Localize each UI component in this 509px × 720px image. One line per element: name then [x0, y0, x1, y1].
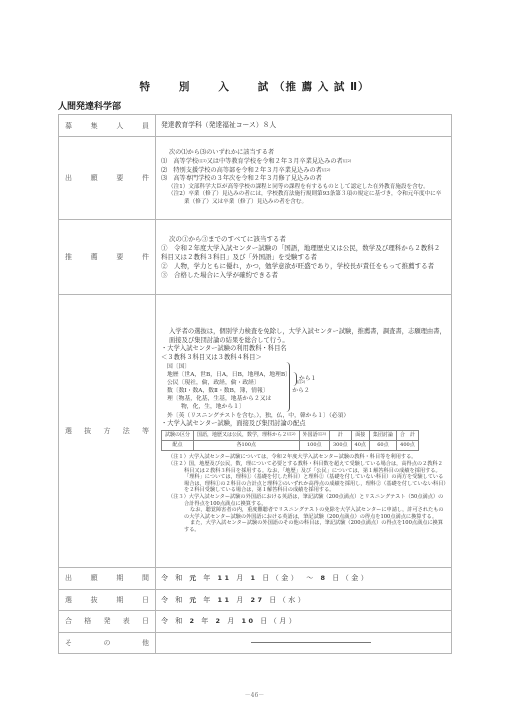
score-header: 計 — [329, 431, 351, 441]
score-header-text: 外国語 — [303, 432, 318, 438]
eligibility-intro: 次の⑴から⑶のいずれかに該当する者 — [161, 149, 446, 158]
item-number: ⑵ — [161, 167, 167, 174]
admission-table: 募 集 人 員 発達教育学科（発達福祉コース）８人 出 願 要 件 次の⑴から⑶… — [58, 114, 452, 654]
label-char: 選 — [65, 426, 72, 436]
selection-note-3b: なお，聴覚障害者の内，重度難聴者でリスニングテストの免除を大学入試センターに申請… — [161, 507, 446, 520]
eligibility-note-2: （注2）卒業（修了）見込みの者には，学校教育法施行規則第93条第３項の規定に基づ… — [161, 191, 446, 206]
label-char: 抜 — [84, 426, 91, 436]
label-char: 件 — [142, 252, 149, 262]
label-char: 合 — [65, 616, 72, 626]
row-recommendation: 推 薦 要 件 次の①から③までのすべてに該当する者 ① 令和２年度大学入試セン… — [59, 220, 452, 295]
title-char: 特 — [139, 79, 151, 94]
label-char: 等 — [142, 426, 149, 436]
label-other: そ の 他 — [59, 632, 156, 654]
score-header-text: 国語，地歴又は公民，数学，理科から２ — [197, 432, 287, 438]
footnote-mark: (注3) — [318, 432, 326, 436]
score-header: 国語，地歴又は公民，数学，理科から２(注2) — [194, 431, 299, 441]
row-eligibility: 出 願 要 件 次の⑴から⑶のいずれかに該当する者 ⑴ 高等学校(注1)又は中等… — [59, 137, 452, 220]
footnote-mark: (注2) — [287, 432, 295, 436]
label-announcement: 合 格 発 表 日 — [59, 611, 156, 633]
recommendation-item: ② 人物，学力ともに優れ，かつ，勉学意欲が旺盛であり，学校長が責任をもって推薦す… — [161, 262, 446, 271]
era: 令 和 — [161, 574, 185, 582]
subjects-group: 国〔国〕 地歴〔世A，世B，日A，日B，地理A，地理B〕 公民〔現社，倫，政経，… — [167, 362, 446, 412]
footnote-mark: (注1) — [198, 159, 206, 163]
selection-note-3: （注３）大学入試センター試験の外国語における英語は，筆記試験（200点満点）とリ… — [161, 494, 446, 507]
month: 11 — [217, 574, 231, 582]
item-number: ⑴ — [161, 158, 167, 165]
subject-kokugo: 国〔国〕 — [167, 363, 316, 371]
unit: 月 — [236, 574, 246, 582]
department-heading: 人間発達科学部 — [58, 99, 121, 112]
label-char: 日 — [142, 595, 149, 605]
score-header: 試験の区分 — [162, 431, 194, 441]
recommendation-item: ① 令和２年度大学入試センター試験の「国語，地理歴史又は公民，数学及び理科から２… — [161, 244, 446, 262]
subject-rika: 理〔物基，化基，生基，地基から２又は — [167, 395, 316, 403]
day: 1 — [250, 574, 257, 582]
eligibility-item: ⑴ 高等学校(注1)又は中等教育学校を令和２年３月卒業見込みの者(注2) — [161, 158, 446, 167]
row-exam-date: 選 抜 期 日 令 和 元 年 11 月 27 日（水） — [59, 589, 452, 611]
page-title: 特 別 入 試 （推 薦 入 試 Ⅱ） — [0, 79, 509, 94]
label-exam-date: 選 抜 期 日 — [59, 589, 156, 611]
exam-date-value: 令 和 元 年 11 月 27 日（水） — [156, 589, 452, 611]
empty-dash-line — [251, 642, 371, 643]
score-header: 集団討論 — [369, 431, 396, 441]
label-char: 期 — [116, 595, 123, 605]
score-value: 40点 — [351, 441, 369, 451]
era: 令 和 — [161, 617, 185, 625]
score-value: 300点 — [329, 441, 351, 451]
row-selection: 選 抜 方 法 等 入学者の選抜は，個別学力検査を免除し，大学入試センター試験，… — [59, 295, 452, 568]
page-number: －46－ — [0, 690, 509, 699]
unit: 日（月） — [260, 617, 298, 625]
row-other: そ の 他 — [59, 632, 452, 654]
eligibility-item: ⑵ 特別支援学校の高等部を令和２年３月卒業見込みの者(注2) — [161, 167, 446, 176]
label-char: 人 — [116, 121, 123, 131]
unit: 月 — [227, 617, 237, 625]
label-char: 日 — [142, 616, 149, 626]
row-recruit: 募 集 人 員 発達教育学科（発達福祉コース）８人 — [59, 115, 452, 137]
score-value: 60点 — [369, 441, 396, 451]
unit: 日（水） — [269, 596, 307, 604]
era: 令 和 — [161, 596, 185, 604]
selection-note-3c: また，大学入試センター試験の外国語のその他の科目は，筆記試験（200点満点）の得… — [161, 520, 446, 533]
label-char: 間 — [142, 573, 149, 583]
label-char: の — [104, 638, 111, 648]
title-char: 試 — [258, 79, 270, 94]
score-value: 各100点 — [194, 441, 299, 451]
item-text: 高等学校 — [173, 158, 198, 165]
from-two-group: (注2) から２ — [292, 379, 309, 395]
footnote-mark: (注2) — [297, 378, 305, 386]
footnote-mark: (注2) — [343, 159, 351, 163]
score-header: 合 計 — [396, 431, 418, 441]
label-char: 法 — [123, 426, 130, 436]
label-char: 薦 — [91, 252, 98, 262]
year: 元 — [189, 574, 198, 582]
label-eligibility: 出 願 要 件 — [59, 137, 156, 220]
label-char: そ — [65, 638, 72, 648]
item-text: 特別支援学校の高等部を令和２年３月卒業見込みの者 — [173, 167, 322, 174]
score-header: 面接 — [351, 431, 369, 441]
label-char: 推 — [65, 252, 72, 262]
label-char: 抜 — [91, 595, 98, 605]
year: 元 — [189, 596, 198, 604]
score-heading: ・大学入試センター試験，面接及び集団討論の配点 — [161, 420, 446, 428]
unit: 年 — [201, 617, 211, 625]
unit: 年 — [203, 574, 213, 582]
selection-value: 入学者の選抜は，個別学力検査を免除し，大学入試センター試験，推薦書，調査書，志願… — [156, 295, 452, 568]
title-char: 別 — [179, 79, 191, 94]
label-char: 表 — [123, 616, 130, 626]
score-value: 400点 — [396, 441, 418, 451]
selection-note-2: （注２）国，地歴及び公民，数，理について必要とする教科・科目数を超えて受験してい… — [161, 461, 446, 494]
recommendation-item: ③ 合格した場合に入学が確約できる者 — [161, 271, 446, 280]
item-text: 又は中等教育学校を令和２年３月卒業見込みの者 — [207, 158, 343, 165]
row-announcement: 合 格 発 表 日 令 和 2 年 2 月 10 日（月） — [59, 611, 452, 633]
label-char: 件 — [142, 173, 149, 183]
from-two-label: から２ — [292, 387, 309, 395]
label-char: 集 — [91, 121, 98, 131]
score-header-row: 試験の区分 国語，地歴又は公民，数学，理科から２(注2) 外国語(注3) 計 面… — [162, 431, 419, 441]
score-row-label: 配点 — [162, 441, 194, 451]
score-value-row: 配点 各100点 100点 300点 40点 60点 400点 — [162, 441, 419, 451]
brace-icon — [286, 362, 290, 412]
label-recommendation: 推 薦 要 件 — [59, 220, 156, 295]
footnote-mark: (注2) — [322, 168, 330, 172]
score-table: 試験の区分 国語，地歴又は公民，数学，理科から２(注2) 外国語(注3) 計 面… — [161, 430, 419, 451]
eligibility-value: 次の⑴から⑶のいずれかに該当する者 ⑴ 高等学校(注1)又は中等教育学校を令和２… — [156, 137, 452, 220]
label-char: 要 — [116, 173, 123, 183]
label-char: 発 — [104, 616, 111, 626]
subjects-pattern: ＜３教科３科目又は３教科４科目＞ — [161, 354, 446, 362]
other-value — [156, 632, 452, 654]
day: 10 — [241, 617, 255, 625]
row-application-period: 出 願 期 間 令 和 元 年 11 月 1 日（金） ～ 8 日（金） — [59, 568, 452, 590]
subject-chireki: 地歴〔世A，世B，日A，日B，地理A，地理B〕 — [167, 371, 291, 379]
subject-rika-cont: 物，化，生，地から１〕 — [167, 403, 316, 411]
subject-komin: 公民〔現社，倫，政経，倫・政経〕 — [167, 379, 291, 387]
label-recruit: 募 集 人 員 — [59, 115, 156, 137]
subjects-heading: ・大学入試センター試験の利用教科・科目名 — [161, 345, 446, 353]
recruit-value: 発達教育学科（発達福祉コース）８人 — [156, 115, 452, 137]
item-number: ⑶ — [161, 175, 167, 182]
subject-gaikokugo: 外〔英（リスニングテストを含む。），独，仏，中，韓から１〕（必須） — [167, 412, 446, 420]
unit: 年 — [203, 596, 213, 604]
label-application-period: 出 願 期 間 — [59, 568, 156, 590]
label-char: 出 — [65, 173, 72, 183]
score-value: 100点 — [299, 441, 329, 451]
label-char: 出 — [65, 573, 72, 583]
unit: 日（金） — [332, 574, 370, 582]
label-char: 格 — [84, 616, 91, 626]
day: 8 — [320, 574, 327, 582]
label-char: 願 — [91, 173, 98, 183]
subjects-block: 国〔国〕 地歴〔世A，世B，日A，日B，地理A，地理B〕 公民〔現社，倫，政経，… — [167, 362, 446, 420]
social-list: 地歴〔世A，世B，日A，日B，地理A，地理B〕 公民〔現社，倫，政経，倫・政経〕 — [167, 371, 291, 387]
recommendation-intro: 次の①から③までのすべてに該当する者 — [161, 235, 446, 244]
year: 2 — [189, 617, 196, 625]
selection-intro: 入学者の選抜は，個別学力検査を免除し，大学入試センター試験，推薦書，調査書，志願… — [161, 328, 446, 345]
recommendation-value: 次の①から③までのすべてに該当する者 ① 令和２年度大学入試センター試験の「国語… — [156, 220, 452, 295]
label-char: 員 — [142, 121, 149, 131]
announcement-value: 令 和 2 年 2 月 10 日（月） — [156, 611, 452, 633]
label-char: 願 — [91, 573, 98, 583]
eligibility-item: ⑶ 高等専門学校の３年次を令和２年３月修了見込みの者 — [161, 175, 446, 184]
label-char: 方 — [104, 426, 111, 436]
label-char: 要 — [116, 252, 123, 262]
unit: 月 — [236, 596, 246, 604]
month: 2 — [215, 617, 222, 625]
title-char: 入 — [218, 79, 230, 94]
label-selection: 選 抜 方 法 等 — [59, 295, 156, 568]
score-header: 外国語(注3) — [299, 431, 329, 441]
label-char: 選 — [65, 595, 72, 605]
label-char: 募 — [65, 121, 72, 131]
day: 27 — [250, 596, 264, 604]
title-suffix: （推 薦 入 試 Ⅱ） — [274, 79, 370, 94]
label-char: 期 — [116, 573, 123, 583]
month: 11 — [217, 596, 231, 604]
label-char: 他 — [142, 638, 149, 648]
item-text: 高等専門学校の３年次を令和２年３月修了見込みの者 — [173, 175, 322, 182]
application-period-value: 令 和 元 年 11 月 1 日（金） ～ 8 日（金） — [156, 568, 452, 590]
unit: 日（金） ～ — [262, 574, 316, 582]
